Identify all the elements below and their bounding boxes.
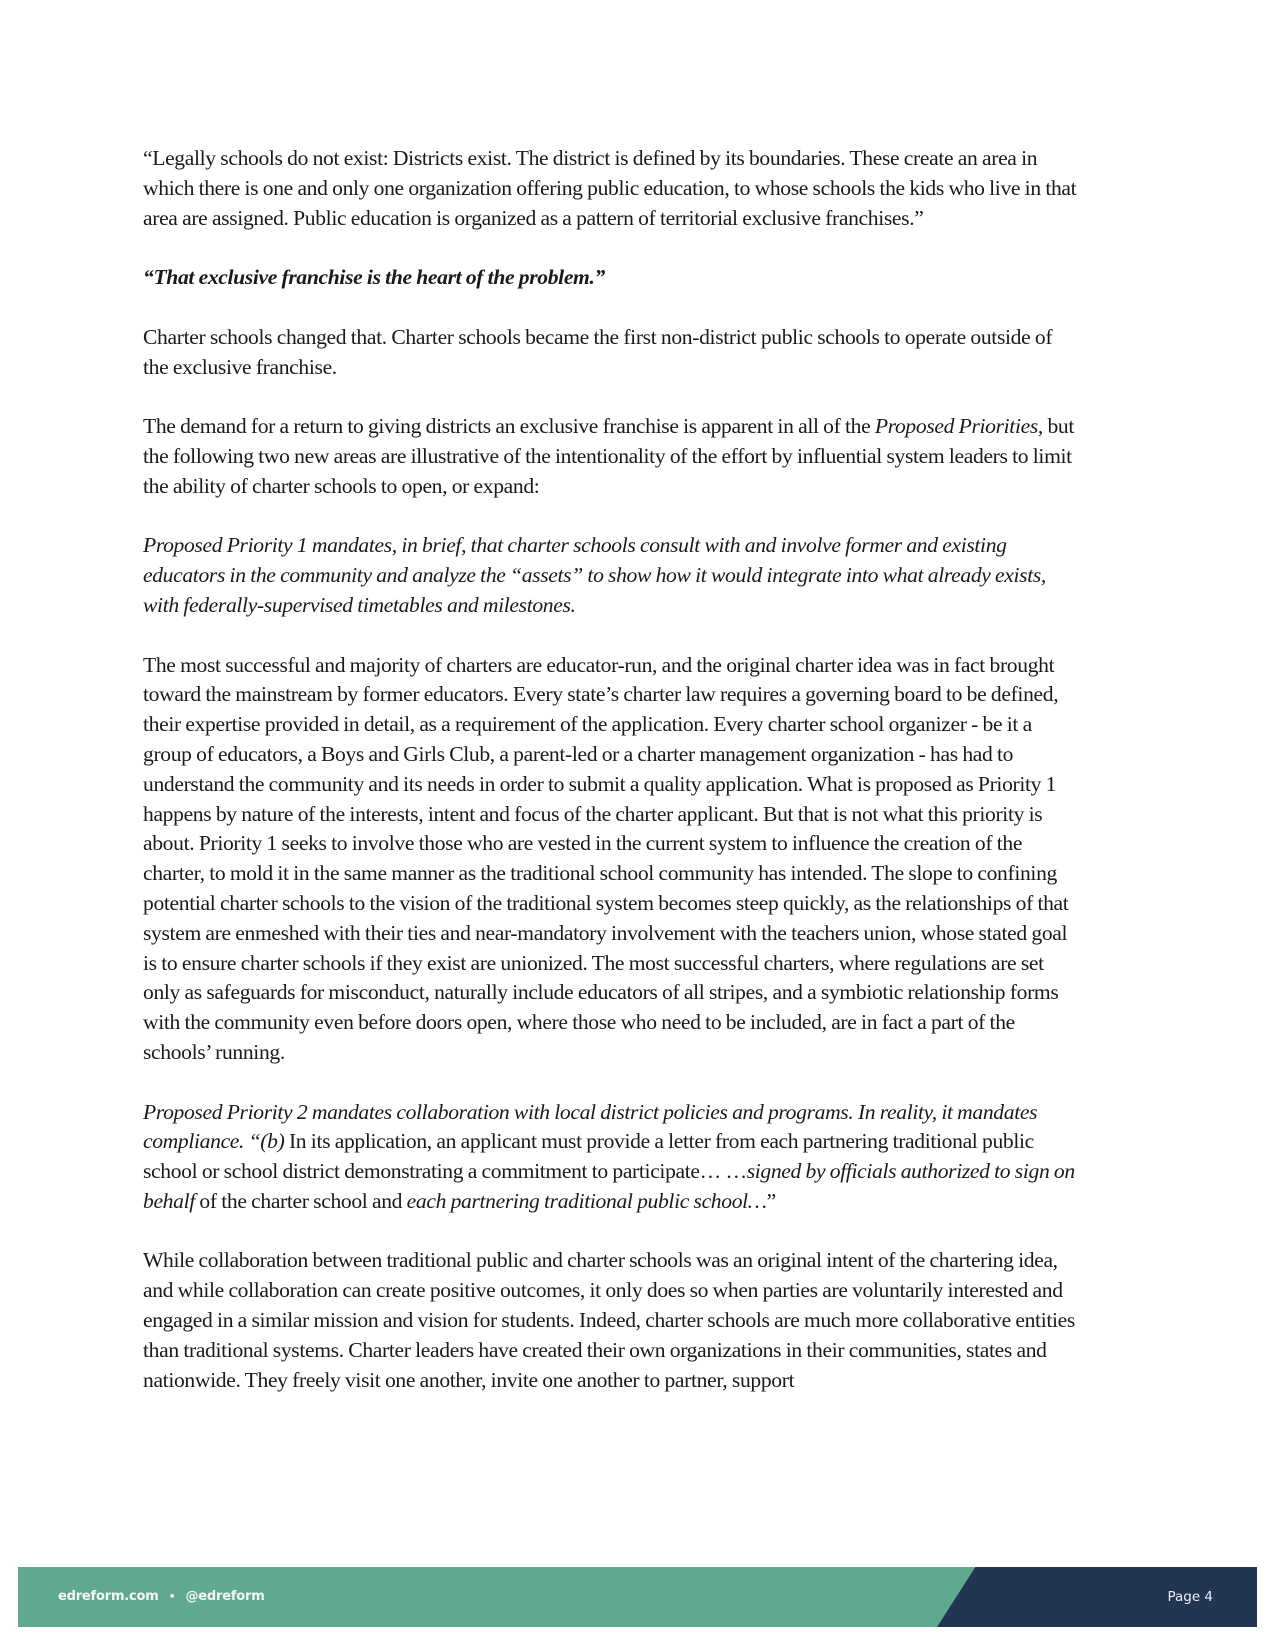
paragraph-quote: “Legally schools do not exist: Districts… xyxy=(143,144,1078,233)
page-number: Page 4 xyxy=(1167,1567,1213,1627)
paragraph-educator-run: The most successful and majority of char… xyxy=(143,651,1078,1068)
separator-dot: • xyxy=(169,1567,176,1627)
document-body: “Legally schools do not exist: Districts… xyxy=(143,144,1078,1425)
twitter-handle-link[interactable]: @edreform xyxy=(185,1589,264,1604)
paragraph-demand: The demand for a return to giving distri… xyxy=(143,412,1078,501)
paragraph-charter-schools-changed: Charter schools changed that. Charter sc… xyxy=(143,323,1078,383)
page-footer: edreform.com•@edreform Page 4 xyxy=(18,1567,1257,1627)
paragraph-priority-1: Proposed Priority 1 mandates, in brief, … xyxy=(143,531,1078,620)
paragraph-priority-2: Proposed Priority 2 mandates collaborati… xyxy=(143,1098,1078,1217)
footer-links: edreform.com•@edreform xyxy=(58,1567,265,1627)
paragraph-collaboration: While collaboration between traditional … xyxy=(143,1246,1078,1395)
website-link[interactable]: edreform.com xyxy=(58,1589,159,1604)
paragraph-pull-quote: “That exclusive franchise is the heart o… xyxy=(143,263,1078,293)
